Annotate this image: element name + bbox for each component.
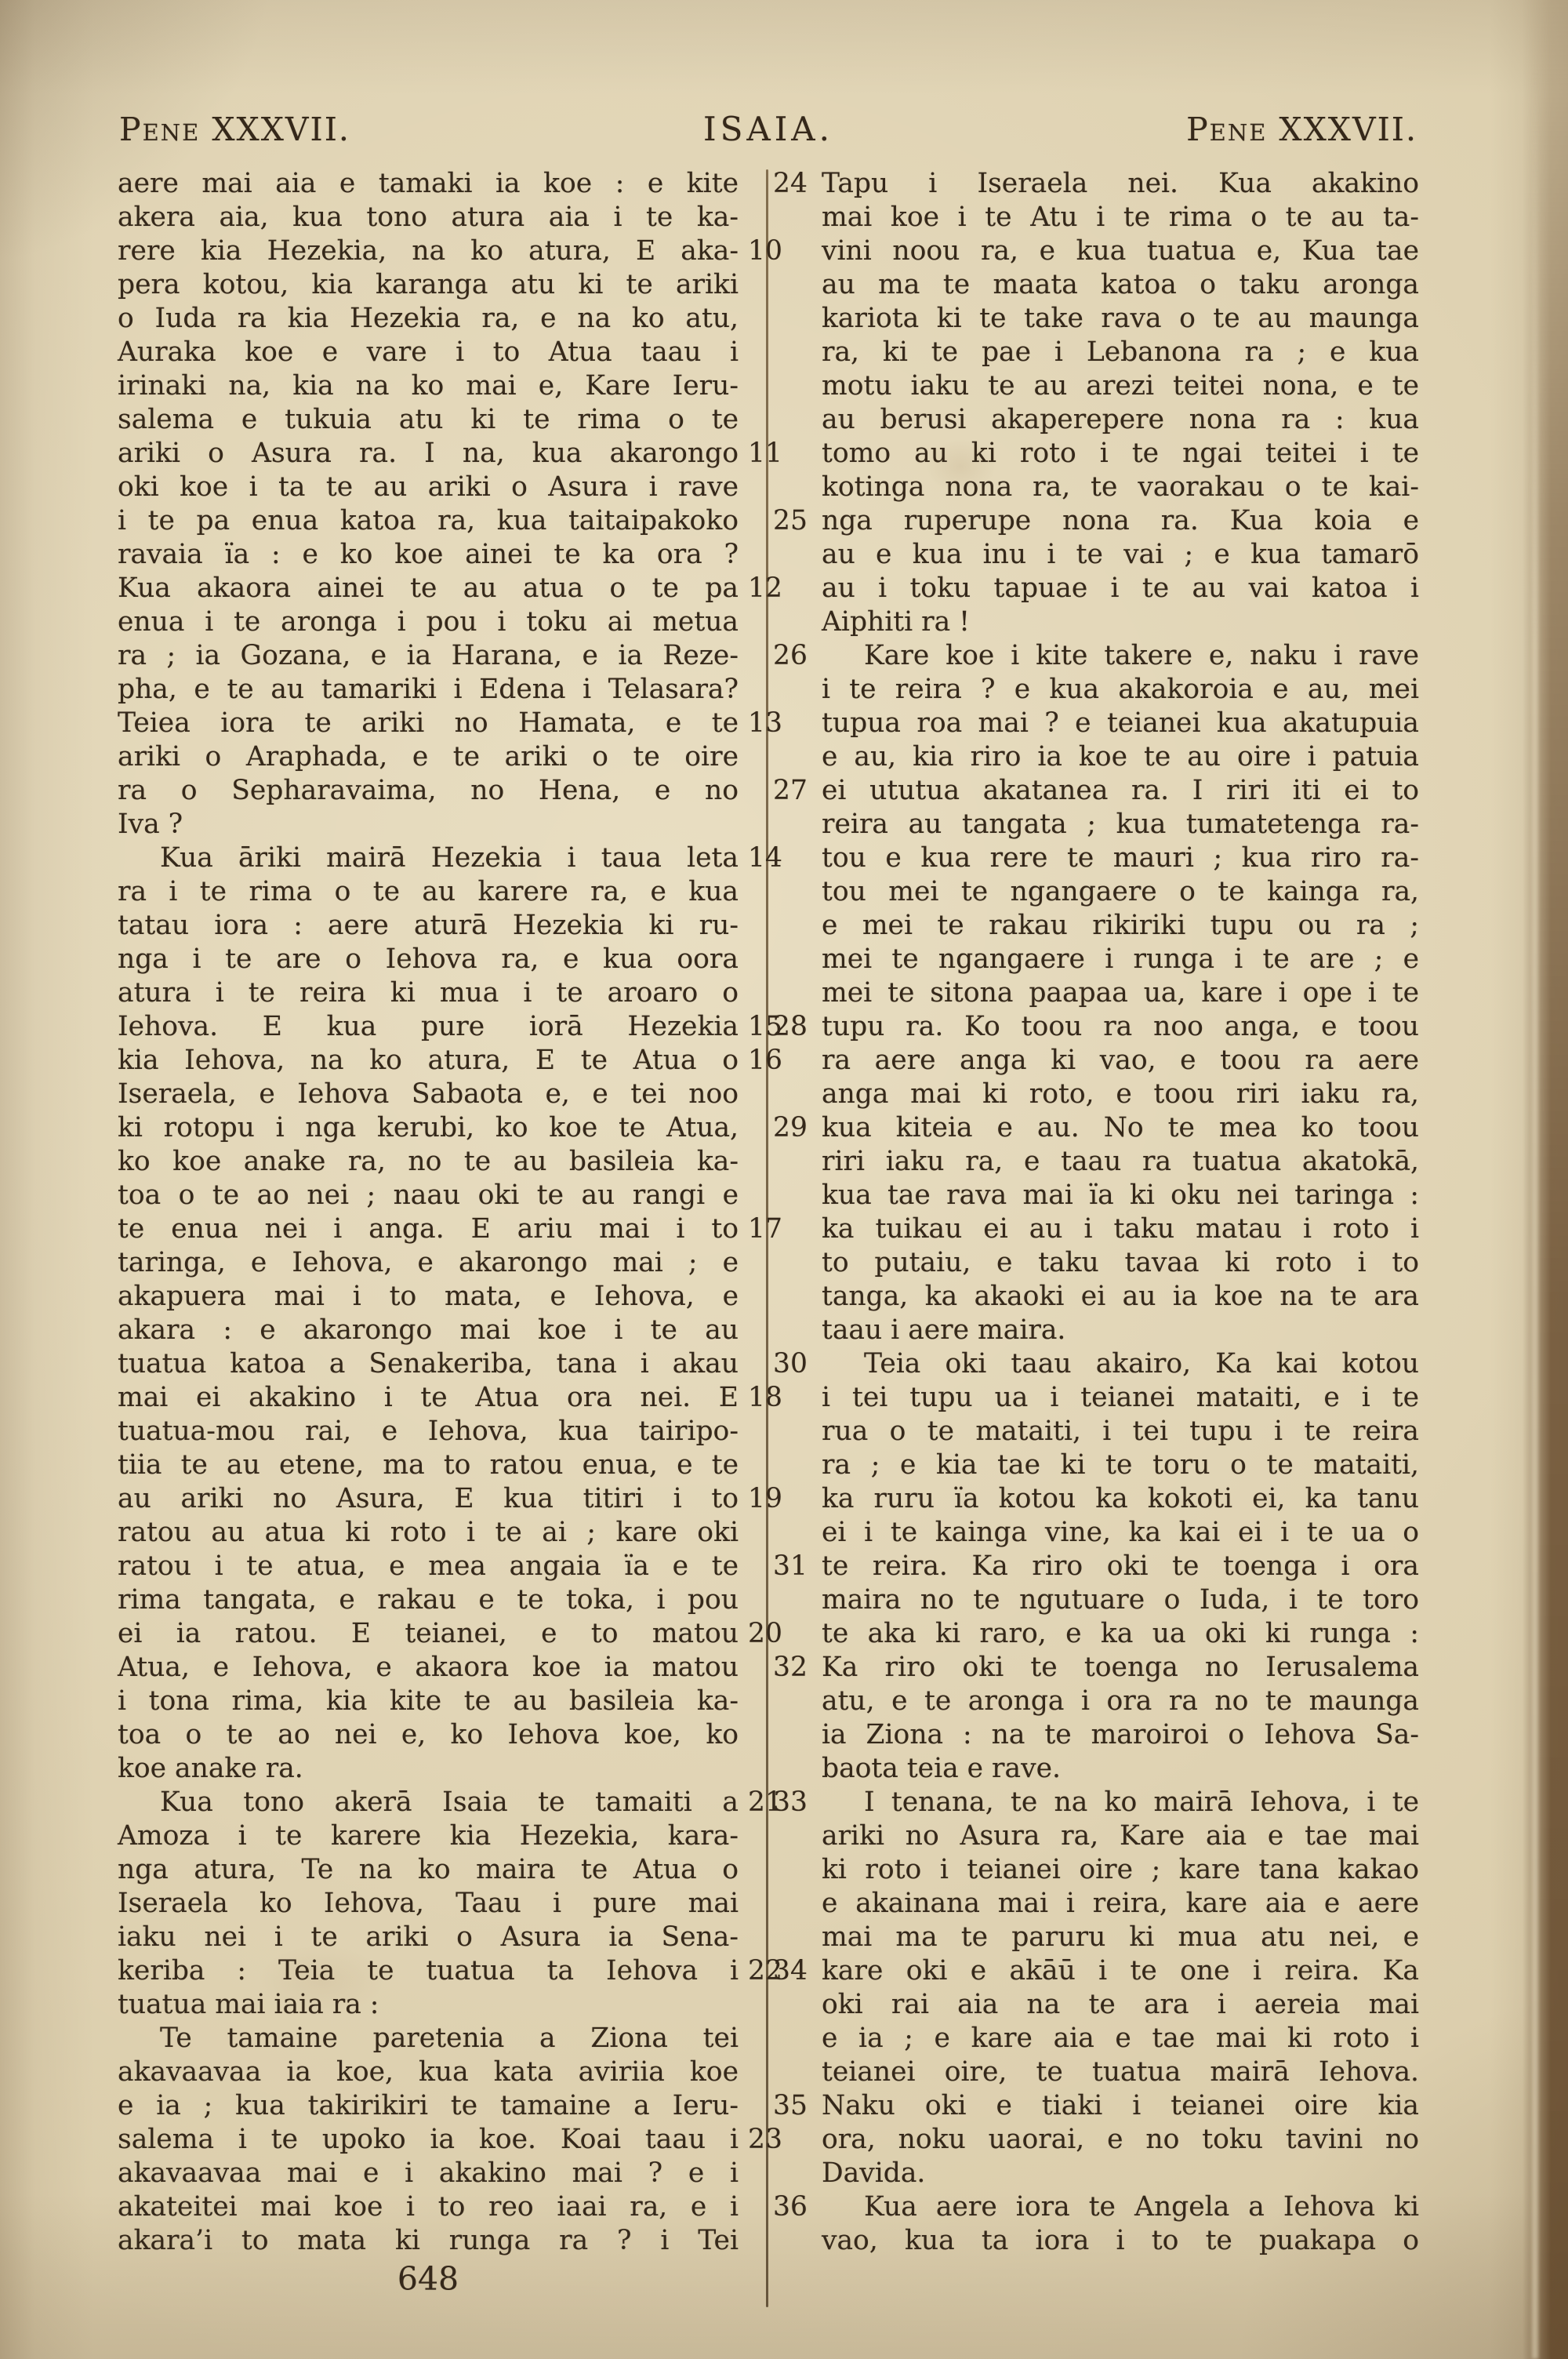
verse-text: ravaia ïa : e ko koe ainei te ka ora ? <box>118 538 739 572</box>
verse-line: 18mai ei akakino i te Atua ora nei. E <box>118 1381 786 1415</box>
verse-line: nga i te are o Iehova ra, e kua oora <box>118 943 786 976</box>
verse-text: ei ia ratou. E teianei, e to matou <box>118 1617 739 1651</box>
verse-line: mai koe i te Atu i te rima o te au ta- <box>773 201 1419 234</box>
verse-text: Naku oki e tiaki i teianei oire kia <box>822 2089 1419 2123</box>
verse-text: iaku nei i te ariki o Asura ia Sena- <box>118 1921 739 1954</box>
verse-text: motu iaku te au arezi teitei nona, e te <box>822 369 1419 403</box>
verse-number: 32 <box>773 1651 822 1685</box>
verse-line: vao, kua ta iora i to te puakapa o <box>773 2224 1419 2258</box>
verse-text: tatau iora : aere aturā Hezekia ki ru- <box>118 909 739 943</box>
verse-text: toa o te ao nei e, ko Iehova koe, ko <box>118 1718 739 1752</box>
verse-text: ra ; e kia tae ki te toru o te mataiti, <box>822 1448 1419 1482</box>
verse-line: e au, kia riro ia koe te au oire i patui… <box>773 740 1419 774</box>
verse-line: i te pa enua katoa ra, kua taitaipakoko <box>118 504 786 538</box>
verse-line: 15Iehova. E kua pure iorā Hezekia <box>118 1010 786 1044</box>
verse-text: te aka ki raro, e ka ua oki ki runga : <box>822 1617 1419 1651</box>
verse-number <box>773 943 822 976</box>
verse-line: reira au tangata ; kua tumatetenga ra- <box>773 808 1419 841</box>
verse-line: mei te sitona paapaa ua, kare i ope i te <box>773 976 1419 1010</box>
verse-line: Auraka koe e vare i to Atua taau i <box>118 336 786 369</box>
text-column-left: aere mai aia e tamaki ia koe : e kiteake… <box>118 167 786 2258</box>
verse-text: ka tuikau ei au i taku matau i roto i <box>822 1212 1419 1246</box>
verse-line: Iva ? <box>118 808 786 841</box>
verse-text: I tenana, te na ko mairā Iehova, i te <box>822 1786 1419 1819</box>
verse-text: keriba : Teia te tuatua ta Iehova i <box>118 1954 739 1988</box>
verse-line: motu iaku te au arezi teitei nona, e te <box>773 369 1419 403</box>
verse-line: akavaavaa ia koe, kua kata aviriia koe <box>118 2055 786 2089</box>
verse-line: baota teia e rave. <box>773 1752 1419 1786</box>
verse-number <box>773 2055 822 2089</box>
verse-line: o Iuda ra kia Hezekia ra, e na ko atu, <box>118 302 786 336</box>
verse-line: te aka ki raro, e ka ua oki ki runga : <box>773 1617 1419 1651</box>
verse-text: kua kiteia e au. No te mea ko toou <box>822 1111 1419 1145</box>
verse-number <box>773 201 822 234</box>
verse-text: rua o te mataiti, i tei tupu i te reira <box>822 1415 1419 1448</box>
verse-line: 17te enua nei i anga. E ariu mai i to <box>118 1212 786 1246</box>
verse-text: aere mai aia e tamaki ia koe : e kite <box>118 167 739 201</box>
verse-number: 31 <box>773 1550 822 1583</box>
verse-text: Amoza i te karere kia Hezekia, kara- <box>118 1819 739 1853</box>
verse-text: ariki o Araphada, e te ariki o te oire <box>118 740 739 774</box>
verse-line: tuatua katoa a Senakeriba, tana i akau <box>118 1347 786 1381</box>
verse-text: nga ruperupe nona ra. Kua koia e <box>822 504 1419 538</box>
verse-number <box>773 1853 822 1887</box>
verse-line: kua tae rava mai ïa ki oku nei taringa : <box>773 1179 1419 1212</box>
verse-text: ka ruru ïa kotou ka kokoti ei, ka tanu <box>822 1482 1419 1516</box>
verse-line: oki rai aia na te ara i aereia mai <box>773 1988 1419 2022</box>
verse-number <box>773 1179 822 1212</box>
verse-text: e mei te rakau rikiriki tupu ou ra ; <box>822 909 1419 943</box>
verse-number <box>773 471 822 504</box>
verse-line: rima tangata, e rakau e te toka, i pou <box>118 1583 786 1617</box>
verse-number <box>773 1381 822 1415</box>
verse-number: 24 <box>773 167 822 201</box>
verse-line: i tona rima, kia kite te au basileia ka- <box>118 1685 786 1718</box>
verse-text: mai ei akakino i te Atua ora nei. E <box>118 1381 739 1415</box>
verse-text: Iva ? <box>118 808 739 841</box>
verse-text: tanga, ka akaoki ei au ia koe na te ara <box>822 1280 1419 1314</box>
verse-number <box>773 1583 822 1617</box>
verse-number <box>773 1718 822 1752</box>
verse-text: ki roto i teianei oire ; kare tana kakao <box>822 1853 1419 1887</box>
verse-text: Iehova. E kua pure iorā Hezekia <box>118 1010 739 1044</box>
verse-text: e au, kia riro ia koe te au oire i patui… <box>822 740 1419 774</box>
verse-text: tiia te au etene, ma to ratou enua, e te <box>118 1448 739 1482</box>
verse-line: 34kare oki e akāū i te one i reira. Ka <box>773 1954 1419 1988</box>
verse-line: vini noou ra, e kua tuatua e, Kua tae <box>773 234 1419 268</box>
verse-text: teianei oire, te tuatua mairā Iehova. <box>822 2055 1419 2089</box>
verse-text: e ia ; e kare aia e tae mai ki roto i <box>822 2022 1419 2055</box>
verse-text: irinaki na, kia na ko mai e, Kare Ieru- <box>118 369 739 403</box>
verse-text: vao, kua ta iora i to te puakapa o <box>822 2224 1419 2258</box>
verse-number <box>773 1887 822 1921</box>
verse-text: kariota ki te take rava o te au maunga <box>822 302 1419 336</box>
verse-text: tuatua katoa a Senakeriba, tana i akau <box>118 1347 739 1381</box>
verse-line: salema e tukuia atu ki te rima o te <box>118 403 786 437</box>
verse-text: o Iuda ra kia Hezekia ra, e na ko atu, <box>118 302 739 336</box>
verse-text: nga atura, Te na ko maira te Atua o <box>118 1853 739 1887</box>
verse-number <box>773 1617 822 1651</box>
verse-text: au ma te maata katoa o taku aronga <box>822 268 1419 302</box>
verse-text: ra ; ia Gozana, e ia Harana, e ia Reze- <box>118 639 739 673</box>
verse-line: 13Teiea iora te ariki no Hamata, e te <box>118 707 786 740</box>
verse-line: rua o te mataiti, i tei tupu i te reira <box>773 1415 1419 1448</box>
verse-number: 33 <box>773 1786 822 1819</box>
verse-text: e akainana mai i reira, kare aia e aere <box>822 1887 1419 1921</box>
verse-text: mai ma te paruru ki mua atu nei, e <box>822 1921 1419 1954</box>
verse-text: toa o te ao nei ; naau oki te au rangi e <box>118 1179 739 1212</box>
verse-text: nga i te are o Iehova ra, e kua oora <box>118 943 739 976</box>
verse-number <box>773 1819 822 1853</box>
verse-number: 36 <box>773 2190 822 2224</box>
verse-text: tou e kua rere te mauri ; kua riro ra- <box>822 841 1419 875</box>
verse-line: 19au ariki no Asura, E kua titiri i to <box>118 1482 786 1516</box>
verse-text: ora, noku uaorai, e no toku tavini no <box>822 2123 1419 2157</box>
verse-line: 36Kua aere iora te Angela a Iehova ki <box>773 2190 1419 2224</box>
verse-number <box>773 1482 822 1516</box>
verse-line: iaku nei i te ariki o Asura ia Sena- <box>118 1921 786 1954</box>
verse-number <box>773 808 822 841</box>
header-chapter-left: Pene XXXVII. <box>119 111 456 148</box>
verse-line: 23salema i te upoko ia koe. Koai taau i <box>118 2123 786 2157</box>
verse-text: i tona rima, kia kite te au basileia ka- <box>118 1685 739 1718</box>
verse-text: tuatua-mou rai, e Iehova, kua tairipo- <box>118 1415 739 1448</box>
verse-line: tou e kua rere te mauri ; kua riro ra- <box>773 841 1419 875</box>
verse-line: i te reira ? e kua akakoroia e au, mei <box>773 673 1419 707</box>
verse-text: koe anake ra. <box>118 1752 739 1786</box>
verse-line: 35Naku oki e tiaki i teianei oire kia <box>773 2089 1419 2123</box>
verse-number <box>773 1448 822 1482</box>
verse-line: enua i te aronga i pou i toku ai metua <box>118 605 786 639</box>
verse-number <box>773 875 822 909</box>
verse-line: ra, ki te pae i Lebanona ra ; e kua <box>773 336 1419 369</box>
verse-number <box>773 1921 822 1954</box>
verse-text: i te reira ? e kua akakoroia e au, mei <box>822 673 1419 707</box>
verse-text: oki rai aia na te ara i aereia mai <box>822 1988 1419 2022</box>
verse-text: riri iaku ra, e taau ra tuatua akatokā, <box>822 1145 1419 1179</box>
verse-text: te reira. Ka riro oki te toenga i ora <box>822 1550 1419 1583</box>
verse-text: akara’i to mata ki runga ra ? i Tei <box>118 2224 739 2258</box>
verse-line: 14Kua āriki mairā Hezekia i taua leta <box>118 841 786 875</box>
verse-line: anga mai ki roto, e toou riri iaku ra, <box>773 1078 1419 1111</box>
verse-text: tomo au ki roto i te ngai teitei i te <box>822 437 1419 471</box>
verse-line: akavaavaa mai e i akakino mai ? e i <box>118 2157 786 2190</box>
verse-text: Kare koe i kite takere e, naku i rave <box>822 639 1419 673</box>
verse-line: ariki no Asura ra, Kare aia e tae mai <box>773 1819 1419 1853</box>
verse-line: Te tamaine paretenia a Ziona tei <box>118 2022 786 2055</box>
verse-line: ka tuikau ei au i taku matau i roto i <box>773 1212 1419 1246</box>
verse-line: ora, noku uaorai, e no toku tavini no <box>773 2123 1419 2157</box>
verse-line: ki rotopu i nga kerubi, ko koe te Atua, <box>118 1111 786 1145</box>
verse-line: pha, e te au tamariki i Edena i Telasara… <box>118 673 786 707</box>
verse-text: vini noou ra, e kua tuatua e, Kua tae <box>822 234 1419 268</box>
verse-text: ariki o Asura ra. I na, kua akarongo <box>118 437 739 471</box>
verse-number <box>773 1516 822 1550</box>
verse-text: ei ututua akatanea ra. I riri iti ei to <box>822 774 1419 808</box>
verse-number <box>773 2224 822 2258</box>
verse-text: rere kia Hezekia, na ko atura, E aka- <box>118 234 739 268</box>
verse-text: atu, e te aronga i ora ra no te maunga <box>822 1685 1419 1718</box>
verse-text: enua i te aronga i pou i toku ai metua <box>118 605 739 639</box>
verse-line: koe anake ra. <box>118 1752 786 1786</box>
verse-number <box>773 1145 822 1179</box>
verse-number <box>773 1685 822 1718</box>
verse-number <box>773 1988 822 2022</box>
verse-text: tupu ra. Ko toou ra noo anga, e toou <box>822 1010 1419 1044</box>
verse-line: 16kia Iehova, na ko atura, E te Atua o <box>118 1044 786 1078</box>
verse-number <box>773 2022 822 2055</box>
verse-line: ra aere anga ki vao, e toou ra aere <box>773 1044 1419 1078</box>
verse-line: ei i te kainga vine, ka kai ei i te ua o <box>773 1516 1419 1550</box>
verse-line: akateitei mai koe i to reo iaai ra, e i <box>118 2190 786 2224</box>
verse-text: kua tae rava mai ïa ki oku nei taringa : <box>822 1179 1419 1212</box>
verse-number <box>773 1044 822 1078</box>
verse-text: anga mai ki roto, e toou riri iaku ra, <box>822 1078 1419 1111</box>
verse-line: 10rere kia Hezekia, na ko atura, E aka- <box>118 234 786 268</box>
verse-line: 32Ka riro oki te toenga no Ierusalema <box>773 1651 1419 1685</box>
verse-line: 24Tapu i Iseraela nei. Kua akakino <box>773 167 1419 201</box>
verse-line: 11ariki o Asura ra. I na, kua akarongo <box>118 437 786 471</box>
verse-line: ariki o Araphada, e te ariki o te oire <box>118 740 786 774</box>
running-header: Pene XXXVII. ISAIA. Pene XXXVII. <box>119 110 1417 148</box>
verse-text: Teiea iora te ariki no Hamata, e te <box>118 707 739 740</box>
verse-text: salema i te upoko ia koe. Koai taau i <box>118 2123 739 2157</box>
verse-text: mei te sitona paapaa ua, kare i ope i te <box>822 976 1419 1010</box>
verse-number <box>773 673 822 707</box>
verse-text: reira au tangata ; kua tumatetenga ra- <box>822 808 1419 841</box>
verse-line: 31te reira. Ka riro oki te toenga i ora <box>773 1550 1419 1583</box>
verse-text: mei te ngangaere i runga i te are ; e <box>822 943 1419 976</box>
verse-text: Te tamaine paretenia a Ziona tei <box>118 2022 739 2055</box>
verse-number <box>773 605 822 639</box>
page-number: 648 <box>118 2260 739 2298</box>
verse-text: kia Iehova, na ko atura, E te Atua o <box>118 1044 739 1078</box>
verse-text: atura i te reira ki mua i te aroaro o <box>118 976 739 1010</box>
verse-text: ia Ziona : na te maroiroi o Iehova Sa- <box>822 1718 1419 1752</box>
verse-line: Iseraela, e Iehova Sabaota e, e tei noo <box>118 1078 786 1111</box>
verse-text: taau i aere maira. <box>822 1314 1419 1347</box>
verse-number <box>773 302 822 336</box>
verse-number <box>773 1246 822 1280</box>
verse-number <box>773 234 822 268</box>
verse-number: 25 <box>773 504 822 538</box>
verse-text: Teia oki taau akairo, Ka kai kotou <box>822 1347 1419 1381</box>
verse-number <box>773 403 822 437</box>
verse-number <box>773 976 822 1010</box>
verse-number: 28 <box>773 1010 822 1044</box>
text-column-right: 24Tapu i Iseraela nei. Kua akakinomai ko… <box>773 167 1419 2258</box>
verse-number <box>773 538 822 572</box>
verse-text: akavaavaa ia koe, kua kata aviriia koe <box>118 2055 739 2089</box>
verse-line: mai ma te paruru ki mua atu nei, e <box>773 1921 1419 1954</box>
verse-line: 27ei ututua akatanea ra. I riri iti ei t… <box>773 774 1419 808</box>
verse-text: akera aia, kua tono atura aia i te ka- <box>118 201 739 234</box>
verse-text: rima tangata, e rakau e te toka, i pou <box>118 1583 739 1617</box>
verse-line: oki koe i ta te au ariki o Asura i rave <box>118 471 786 504</box>
page-edge-highlight <box>1532 71 1538 2359</box>
verse-line: au e kua inu i te vai ; e kua tamarō <box>773 538 1419 572</box>
verse-number <box>773 336 822 369</box>
verse-number <box>773 572 822 605</box>
verse-line: ko koe anake ra, no te au basileia ka- <box>118 1145 786 1179</box>
verse-line: aere mai aia e tamaki ia koe : e kite <box>118 167 786 201</box>
verse-text: ko koe anake ra, no te au basileia ka- <box>118 1145 739 1179</box>
verse-text: mai koe i te Atu i te rima o te au ta- <box>822 201 1419 234</box>
verse-number <box>773 1314 822 1347</box>
verse-text: Kua aere iora te Angela a Iehova ki <box>822 2190 1419 2224</box>
verse-number <box>773 1752 822 1786</box>
verse-text: taringa, e Iehova, e akarongo mai ; e <box>118 1246 739 1280</box>
verse-line: kariota ki te take rava o te au maunga <box>773 302 1419 336</box>
verse-line: e mei te rakau rikiriki tupu ou ra ; <box>773 909 1419 943</box>
verse-text: au ariki no Asura, E kua titiri i to <box>118 1482 739 1516</box>
verse-line: akara : e akarongo mai koe i te au <box>118 1314 786 1347</box>
verse-line: tiia te au etene, ma to ratou enua, e te <box>118 1448 786 1482</box>
verse-line: tuatua mai iaia ra : <box>118 1988 786 2022</box>
verse-line: mei te ngangaere i runga i te are ; e <box>773 943 1419 976</box>
verse-number <box>773 1078 822 1111</box>
verse-line: 20ei ia ratou. E teianei, e to matou <box>118 1617 786 1651</box>
verse-text: Kua akaora ainei te au atua o te pa <box>118 572 739 605</box>
verse-text: Tapu i Iseraela nei. Kua akakino <box>822 167 1419 201</box>
verse-line: au berusi akaperepere nona ra : kua <box>773 403 1419 437</box>
verse-text: Kua tono akerā Isaia te tamaiti a <box>118 1786 739 1819</box>
verse-line: akera aia, kua tono atura aia i te ka- <box>118 201 786 234</box>
verse-text: e ia ; kua takirikiri te tamaine a Ieru- <box>118 2089 739 2123</box>
verse-line: tomo au ki roto i te ngai teitei i te <box>773 437 1419 471</box>
verse-text: ra o Sepharavaima, no Hena, e no <box>118 774 739 808</box>
verse-text: kare oki e akāū i te one i reira. Ka <box>822 1954 1419 1988</box>
verse-number <box>773 740 822 774</box>
page-edge-shadow <box>1523 0 1568 2359</box>
verse-text: to putaiu, e taku tavaa ki roto i to <box>822 1246 1419 1280</box>
verse-text: akapuera mai i to mata, e Iehova, e <box>118 1280 739 1314</box>
verse-line: atu, e te aronga i ora ra no te maunga <box>773 1685 1419 1718</box>
verse-line: ra ; ia Gozana, e ia Harana, e ia Reze- <box>118 639 786 673</box>
verse-line: nga atura, Te na ko maira te Atua o <box>118 1853 786 1887</box>
verse-text: ki rotopu i nga kerubi, ko koe te Atua, <box>118 1111 739 1145</box>
verse-text: baota teia e rave. <box>822 1752 1419 1786</box>
verse-line: e akainana mai i reira, kare aia e aere <box>773 1887 1419 1921</box>
verse-line: Iseraela ko Iehova, Taau i pure mai <box>118 1887 786 1921</box>
verse-text: akara : e akarongo mai koe i te au <box>118 1314 739 1347</box>
verse-line: au ma te maata katoa o taku aronga <box>773 268 1419 302</box>
verse-line: 28tupu ra. Ko toou ra noo anga, e toou <box>773 1010 1419 1044</box>
verse-text: ei i te kainga vine, ka kai ei i te ua o <box>822 1516 1419 1550</box>
verse-line: i tei tupu ua i teianei mataiti, e i te <box>773 1381 1419 1415</box>
verse-line: au i toku tapuae i te au vai katoa i <box>773 572 1419 605</box>
verse-text: ra aere anga ki vao, e toou ra aere <box>822 1044 1419 1078</box>
verse-text: akateitei mai koe i to reo iaai ra, e i <box>118 2190 739 2224</box>
verse-line: toa o te ao nei e, ko Iehova koe, ko <box>118 1718 786 1752</box>
verse-line: tou mei te ngangaere o te kainga ra, <box>773 875 1419 909</box>
verse-line: kotinga nona ra, te vaorakau o te kai- <box>773 471 1419 504</box>
verse-line: 29kua kiteia e au. No te mea ko toou <box>773 1111 1419 1145</box>
verse-line: taringa, e Iehova, e akarongo mai ; e <box>118 1246 786 1280</box>
verse-line: Amoza i te karere kia Hezekia, kara- <box>118 1819 786 1853</box>
verse-text: akavaavaa mai e i akakino mai ? e i <box>118 2157 739 2190</box>
verse-line: 21Kua tono akerā Isaia te tamaiti a <box>118 1786 786 1819</box>
verse-line: toa o te ao nei ; naau oki te au rangi e <box>118 1179 786 1212</box>
verse-text: ratou au atua ki roto i te ai ; kare oki <box>118 1516 739 1550</box>
verse-line: akara’i to mata ki runga ra ? i Tei <box>118 2224 786 2258</box>
header-book-title: ISAIA. <box>456 110 1080 148</box>
verse-line: 33I tenana, te na ko mairā Iehova, i te <box>773 1786 1419 1819</box>
verse-number: 35 <box>773 2089 822 2123</box>
verse-line: e ia ; kua takirikiri te tamaine a Ieru- <box>118 2089 786 2123</box>
verse-number: 26 <box>773 639 822 673</box>
verse-text: pha, e te au tamariki i Edena i Telasara… <box>118 673 739 707</box>
verse-line: Atua, e Iehova, e akaora koe ia matou <box>118 1651 786 1685</box>
verse-line: to putaiu, e taku tavaa ki roto i to <box>773 1246 1419 1280</box>
verse-text: i te pa enua katoa ra, kua taitaipakoko <box>118 504 739 538</box>
verse-number <box>773 909 822 943</box>
verse-number: 29 <box>773 1111 822 1145</box>
verse-text: i tei tupu ua i teianei mataiti, e i te <box>822 1381 1419 1415</box>
verse-number <box>773 369 822 403</box>
verse-line: ra ; e kia tae ki te toru o te mataiti, <box>773 1448 1419 1482</box>
verse-line: tuatua-mou rai, e Iehova, kua tairipo- <box>118 1415 786 1448</box>
verse-line: tatau iora : aere aturā Hezekia ki ru- <box>118 909 786 943</box>
verse-line: ka ruru ïa kotou ka kokoti ei, ka tanu <box>773 1482 1419 1516</box>
verse-line: maira no te ngutuare o Iuda, i te toro <box>773 1583 1419 1617</box>
verse-line: e ia ; e kare aia e tae mai ki roto i <box>773 2022 1419 2055</box>
verse-text: tupua roa mai ? e teianei kua akatupuia <box>822 707 1419 740</box>
verse-number <box>773 1280 822 1314</box>
verse-text: au i toku tapuae i te au vai katoa i <box>822 572 1419 605</box>
verse-number <box>773 1415 822 1448</box>
verse-text: oki koe i ta te au ariki o Asura i rave <box>118 471 739 504</box>
verse-number: 34 <box>773 1954 822 1988</box>
verse-text: ra, ki te pae i Lebanona ra ; e kua <box>822 336 1419 369</box>
verse-line: 26Kare koe i kite takere e, naku i rave <box>773 639 1419 673</box>
verse-text: maira no te ngutuare o Iuda, i te toro <box>822 1583 1419 1617</box>
book-page: Pene XXXVII. ISAIA. Pene XXXVII. aere ma… <box>0 0 1568 2359</box>
verse-line: riri iaku ra, e taau ra tuatua akatokā, <box>773 1145 1419 1179</box>
verse-line: tupua roa mai ? e teianei kua akatupuia <box>773 707 1419 740</box>
verse-line: irinaki na, kia na ko mai e, Kare Ieru- <box>118 369 786 403</box>
verse-text: kotinga nona ra, te vaorakau o te kai- <box>822 471 1419 504</box>
verse-line: Aiphiti ra ! <box>773 605 1419 639</box>
header-chapter-right: Pene XXXVII. <box>1080 111 1417 148</box>
verse-line: ra i te rima o te au karere ra, e kua <box>118 875 786 909</box>
verse-line: ia Ziona : na te maroiroi o Iehova Sa- <box>773 1718 1419 1752</box>
verse-line: akapuera mai i to mata, e Iehova, e <box>118 1280 786 1314</box>
verse-text: Ka riro oki te toenga no Ierusalema <box>822 1651 1419 1685</box>
verse-number <box>773 2123 822 2157</box>
verse-text: Davida. <box>822 2157 1419 2190</box>
verse-line: 22keriba : Teia te tuatua ta Iehova i <box>118 1954 786 1988</box>
verse-number <box>773 841 822 875</box>
verse-number <box>773 268 822 302</box>
verse-line: ra o Sepharavaima, no Hena, e no <box>118 774 786 808</box>
verse-text: Kua āriki mairā Hezekia i taua leta <box>118 841 739 875</box>
verse-text: Aiphiti ra ! <box>822 605 1419 639</box>
verse-text: au berusi akaperepere nona ra : kua <box>822 403 1419 437</box>
verse-number: 27 <box>773 774 822 808</box>
verse-text: ariki no Asura ra, Kare aia e tae mai <box>822 1819 1419 1853</box>
verse-line: 12Kua akaora ainei te au atua o te pa <box>118 572 786 605</box>
verse-text: ra i te rima o te au karere ra, e kua <box>118 875 739 909</box>
verse-text: au e kua inu i te vai ; e kua tamarō <box>822 538 1419 572</box>
verse-text: tuatua mai iaia ra : <box>118 1988 739 2022</box>
verse-text: pera kotou, kia karanga atu ki te ariki <box>118 268 739 302</box>
verse-line: 25nga ruperupe nona ra. Kua koia e <box>773 504 1419 538</box>
verse-line: ki roto i teianei oire ; kare tana kakao <box>773 1853 1419 1887</box>
verse-text: Atua, e Iehova, e akaora koe ia matou <box>118 1651 739 1685</box>
verse-line: tanga, ka akaoki ei au ia koe na te ara <box>773 1280 1419 1314</box>
verse-line: ratou i te atua, e mea angaia ïa e te <box>118 1550 786 1583</box>
